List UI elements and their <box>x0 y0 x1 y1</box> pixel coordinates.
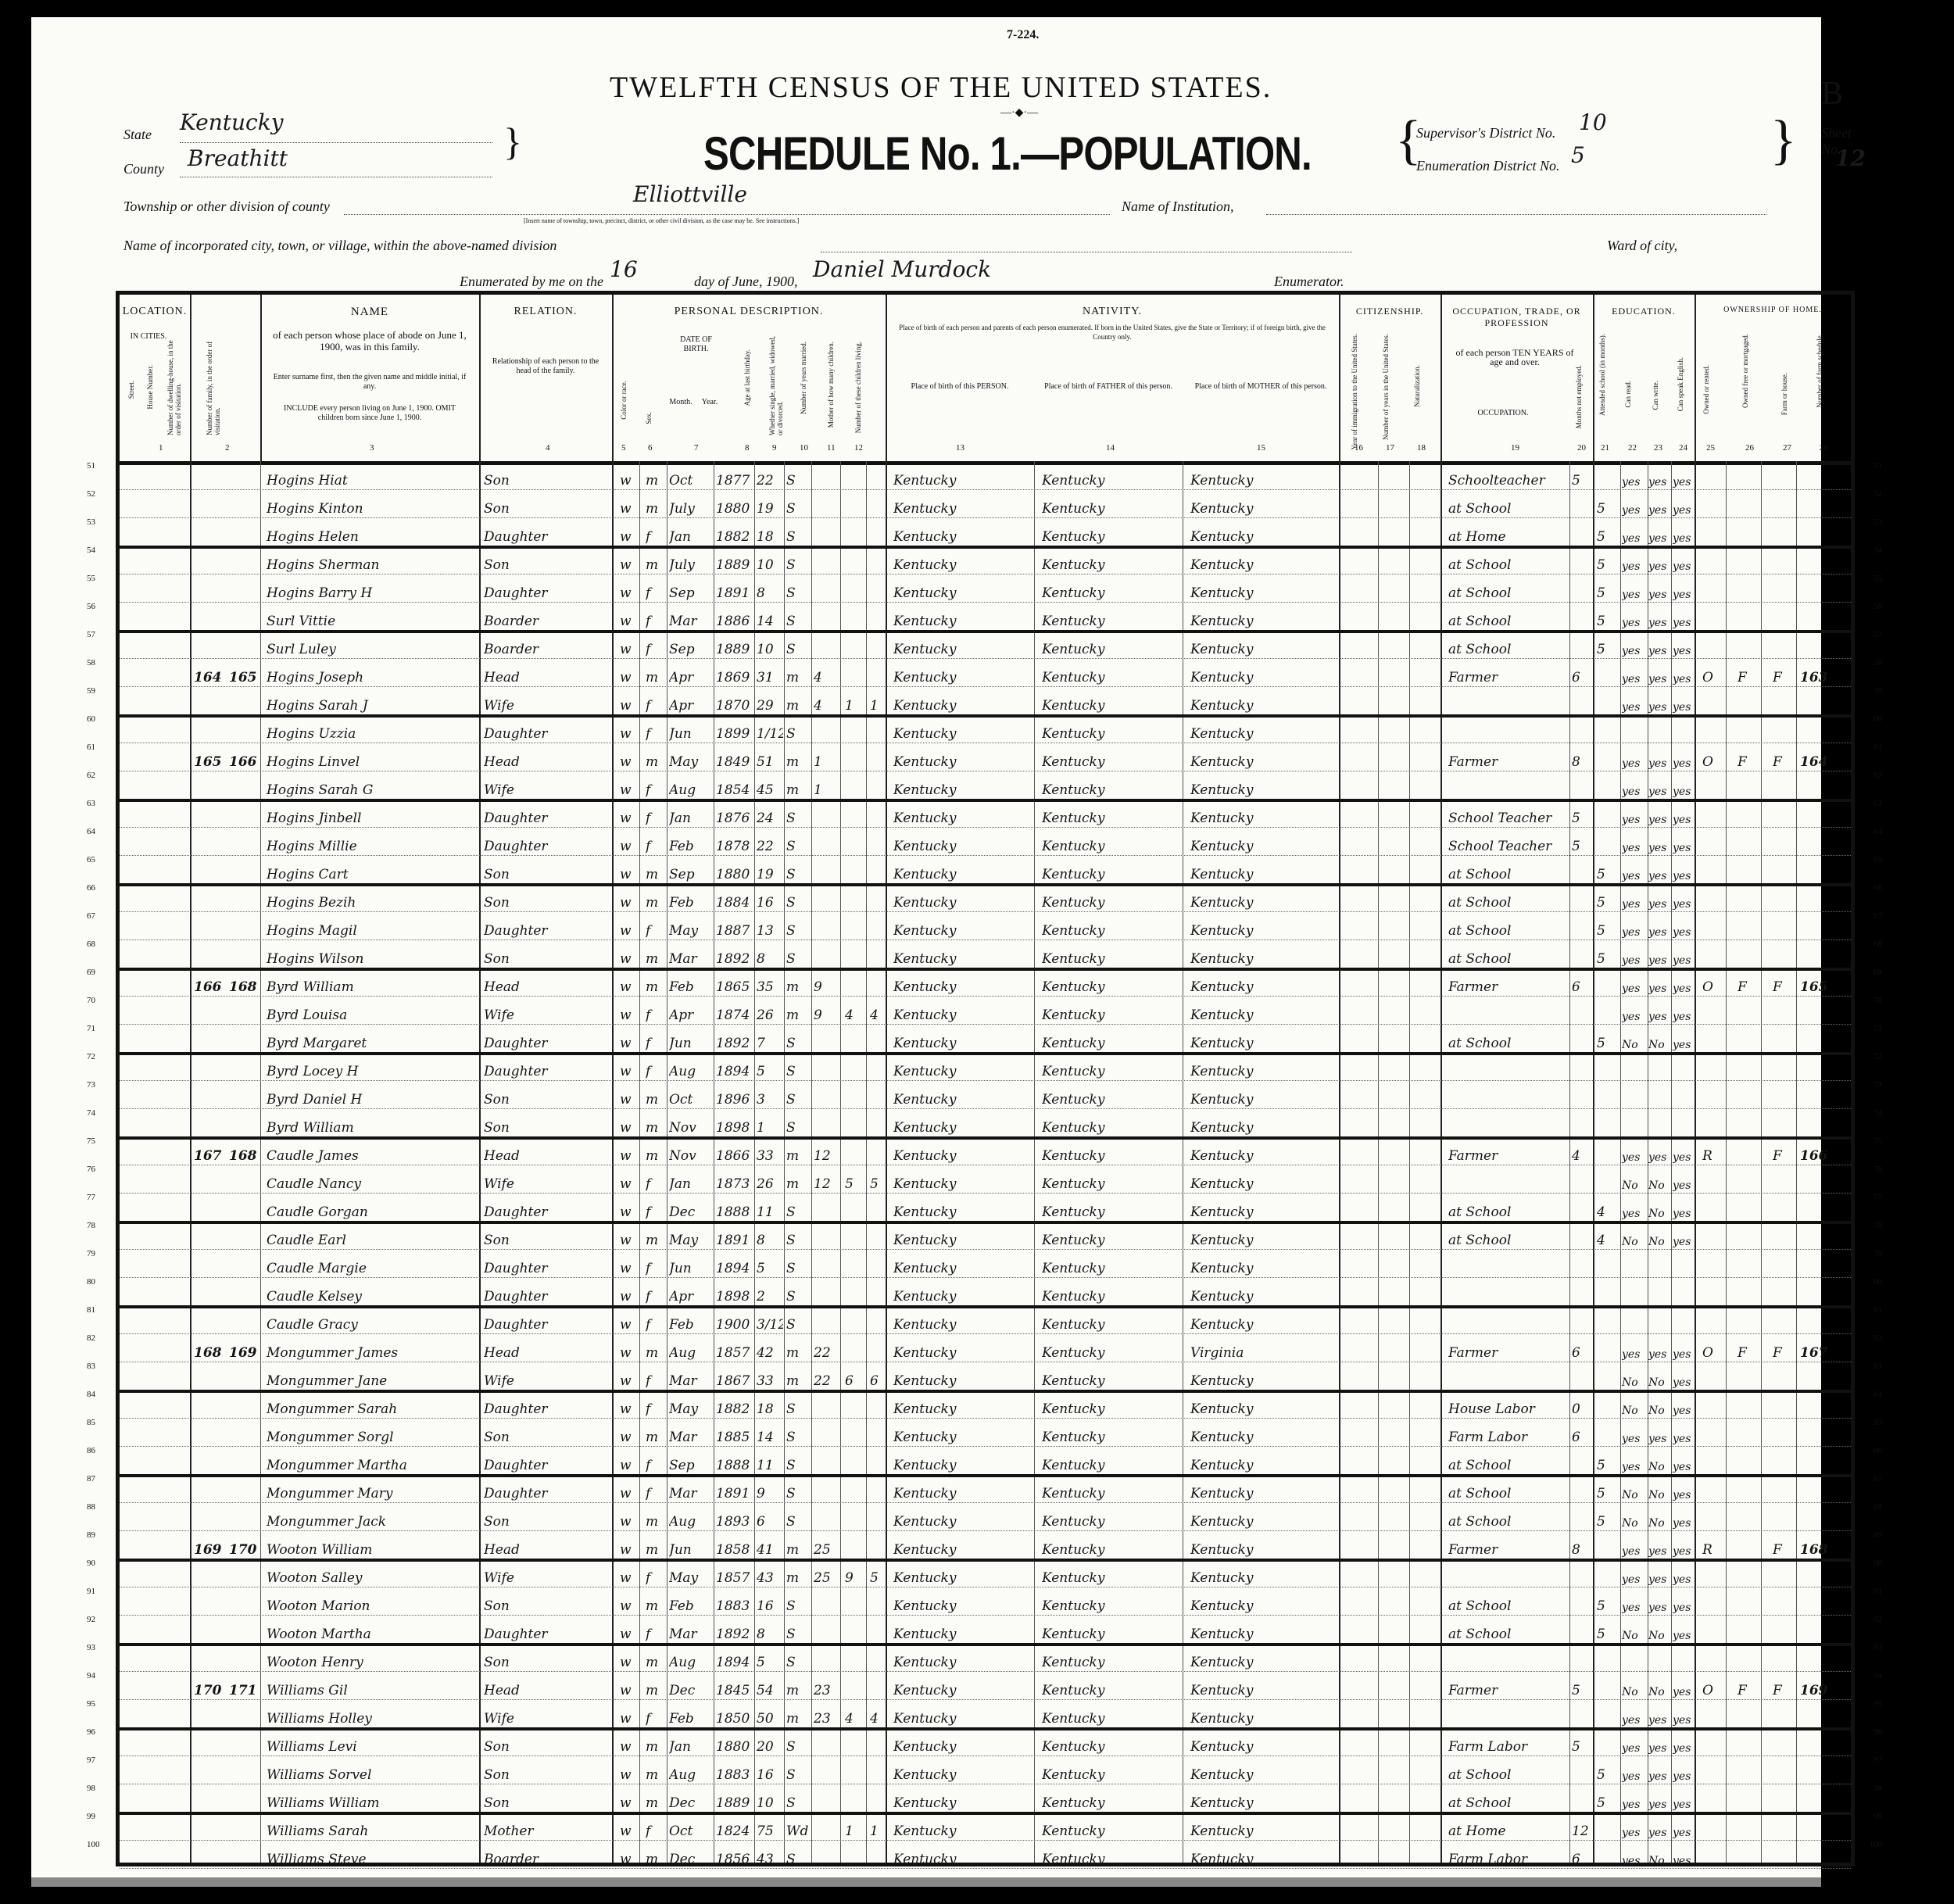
sex: f <box>646 1204 666 1220</box>
birthplace-person: Kentucky <box>893 867 1030 882</box>
line-number-right: 79 <box>1873 1249 1882 1258</box>
table-row: 96 Williams Levi Son w m Jan 1880 20 S K… <box>120 1727 1851 1756</box>
birthplace-mother: Kentucky <box>1190 1542 1335 1558</box>
birthplace-person: Kentucky <box>893 1148 1030 1164</box>
sex: m <box>646 1598 666 1614</box>
marital-status: S <box>786 1430 810 1445</box>
birthplace-father: Kentucky <box>1042 1345 1179 1361</box>
can-write: No <box>1648 1630 1670 1642</box>
relation: Daughter <box>484 726 609 742</box>
speaks-english: yes <box>1673 1602 1695 1614</box>
col-number: 3 <box>370 443 374 453</box>
col-number: 26 <box>1745 443 1754 453</box>
color: w <box>620 1570 639 1586</box>
sex: m <box>646 1542 666 1558</box>
birthplace-mother: Kentucky <box>1190 1373 1335 1389</box>
age: 29 <box>757 698 783 714</box>
age: 2 <box>757 1289 783 1305</box>
table-row: 100 Williams Steve Boarder w m Dec 1856 … <box>120 1840 1851 1869</box>
occupation: at School <box>1448 557 1566 573</box>
naturalization-heading: Naturalization. <box>1413 365 1421 407</box>
birth-month: Sep <box>669 867 713 882</box>
marital-status: S <box>786 811 810 826</box>
birth-year: 1898 <box>716 1289 753 1305</box>
line-number-right: 67 <box>1873 911 1882 921</box>
relation: Son <box>484 557 609 573</box>
line-number-right: 60 <box>1873 714 1882 724</box>
color: w <box>620 1486 639 1501</box>
birthplace-person: Kentucky <box>893 585 1030 601</box>
table-row: 85 Mongummer Sorgl Son w m Mar 1885 14 S… <box>120 1418 1851 1447</box>
color: w <box>620 811 639 826</box>
age: 7 <box>757 1036 783 1051</box>
age: 42 <box>757 1345 783 1361</box>
line-number-right: 70 <box>1873 996 1882 1005</box>
age: 5 <box>757 1261 783 1276</box>
birthplace-father: Kentucky <box>1042 1401 1179 1417</box>
line-number-right: 56 <box>1873 602 1882 611</box>
birthplace-person: Kentucky <box>893 1711 1030 1727</box>
line-number: 83 <box>87 1362 95 1371</box>
marital-status: S <box>786 1852 810 1867</box>
birthplace-person: Kentucky <box>893 895 1030 911</box>
relation: Daughter <box>484 811 609 826</box>
years-married: 4 <box>814 670 839 685</box>
birthplace-father: Kentucky <box>1042 1739 1179 1755</box>
can-read: yes <box>1622 898 1647 911</box>
birth-year: 1856 <box>716 1852 753 1867</box>
table-row: 71 Byrd Margaret Daughter w f Jun 1892 7… <box>120 1024 1851 1055</box>
birthplace-father: Kentucky <box>1042 1598 1179 1614</box>
birthplace-person: Kentucky <box>893 670 1030 685</box>
relation: Wife <box>484 1711 609 1727</box>
line-number: 70 <box>87 996 95 1005</box>
can-read: yes <box>1622 870 1647 882</box>
birth-year: 1877 <box>716 473 753 489</box>
col-number: 24 <box>1679 443 1687 453</box>
birth-year: 1891 <box>716 1486 753 1501</box>
farm-schedule-number: 169 <box>1800 1683 1847 1698</box>
owned-rented-heading: Owned or rented. <box>1702 365 1710 414</box>
farm-house-heading: Farm or house. <box>1780 373 1788 415</box>
line-number: 57 <box>87 630 95 639</box>
birthplace-mother: Kentucky <box>1190 1064 1335 1079</box>
institution-line <box>1266 214 1766 215</box>
col-number: 23 <box>1654 443 1662 453</box>
can-read: yes <box>1622 1545 1647 1558</box>
color: w <box>620 1655 639 1670</box>
marital-status: m <box>786 670 810 685</box>
relation: Daughter <box>484 1317 609 1333</box>
enumerated-month-label: day of June, 1900, <box>694 274 797 290</box>
family-number: 168 <box>229 1148 260 1164</box>
enumerated-label: Enumerated by me on the <box>460 274 603 290</box>
line-number: 100 <box>87 1840 100 1849</box>
birth-year: 1870 <box>716 698 753 714</box>
line-number: 94 <box>87 1671 95 1680</box>
nativity-heading: NATIVITY. <box>886 306 1339 318</box>
birthplace-mother: Kentucky <box>1190 501 1335 517</box>
birth-year: 1866 <box>716 1148 753 1164</box>
sex: f <box>646 1373 666 1389</box>
schedule-title: SCHEDULE No. 1.—POPULATION. <box>703 127 1312 181</box>
color: w <box>620 782 639 798</box>
mother-of: 9 <box>845 1570 864 1586</box>
age: 13 <box>757 923 783 939</box>
line-number-right: 53 <box>1873 517 1882 527</box>
person-name: Caudle Gorgan <box>267 1204 478 1220</box>
ward-label: Ward of city, <box>1607 238 1677 254</box>
birth-month: Aug <box>669 1345 713 1361</box>
can-write: yes <box>1648 560 1670 573</box>
supervisor-label: Supervisor's District No. <box>1416 125 1555 141</box>
birthplace-person: Kentucky <box>893 1430 1030 1445</box>
birthplace-father: Kentucky <box>1042 614 1179 629</box>
person-name: Byrd Louisa <box>267 1007 478 1023</box>
color: w <box>620 1795 639 1811</box>
birthplace-father: Kentucky <box>1042 754 1179 770</box>
birth-year: 1874 <box>716 1007 753 1023</box>
can-write: yes <box>1648 757 1670 770</box>
birthplace-father: Kentucky <box>1042 1261 1179 1276</box>
months-unemployed: 5 <box>1572 1739 1592 1755</box>
relation-description: Relationship of each person to the head … <box>487 357 604 376</box>
age: 43 <box>757 1570 783 1586</box>
can-write: No <box>1648 1208 1670 1220</box>
speaks-english: yes <box>1673 1011 1695 1023</box>
relation: Son <box>484 1092 609 1108</box>
age: 6 <box>757 1514 783 1530</box>
birthplace-mother: Kentucky <box>1190 1823 1335 1839</box>
birth-month: Dec <box>669 1852 713 1867</box>
sex: f <box>646 1176 666 1192</box>
line-number: 88 <box>87 1502 95 1512</box>
relation: Daughter <box>484 1204 609 1220</box>
speaks-english: yes <box>1673 1236 1695 1248</box>
school-months: 5 <box>1597 529 1619 545</box>
years-married: 12 <box>814 1148 839 1164</box>
color: w <box>620 1092 639 1108</box>
line-number: 66 <box>87 883 95 893</box>
speaks-english: yes <box>1673 1517 1695 1530</box>
table-row: 80 Caudle Kelsey Daughter w f Apr 1898 2… <box>120 1277 1851 1308</box>
table-row: 56 Surl Vittie Boarder w f Mar 1886 14 S… <box>120 602 1851 633</box>
relation: Daughter <box>484 1401 609 1417</box>
can-read: No <box>1622 1236 1647 1248</box>
occupation: at School <box>1448 951 1566 967</box>
table-row: 98 Williams William Son w m Dec 1889 10 … <box>120 1784 1851 1815</box>
children-living: 5 <box>870 1176 886 1192</box>
line-number-right: 94 <box>1873 1671 1882 1680</box>
birthplace-person: Kentucky <box>893 642 1030 657</box>
can-read: yes <box>1622 842 1647 854</box>
occupation: Farmer <box>1448 1345 1566 1361</box>
can-write: No <box>1648 1039 1670 1051</box>
speaks-english: yes <box>1673 814 1695 826</box>
line-number-right: 52 <box>1873 489 1882 499</box>
birth-month: Oct <box>669 473 713 489</box>
birth-month: Feb <box>669 895 713 911</box>
free-mortgaged: F <box>1737 754 1759 770</box>
relation: Son <box>484 1430 609 1445</box>
relation: Head <box>484 1683 609 1698</box>
marital-status: S <box>786 923 810 939</box>
birth-year: 1857 <box>716 1570 753 1586</box>
sex: f <box>646 1401 666 1417</box>
birthplace-mother: Kentucky <box>1190 1711 1335 1727</box>
age: 33 <box>757 1148 783 1164</box>
table-row: 73 Byrd Daniel H Son w m Oct 1896 3 S Ke… <box>120 1080 1851 1109</box>
relation: Boarder <box>484 642 609 657</box>
line-number: 56 <box>87 602 95 611</box>
divider <box>1695 295 1696 461</box>
family-number: 171 <box>229 1683 260 1698</box>
sex: f <box>646 1289 666 1305</box>
col-number: 28 <box>1820 443 1828 453</box>
divider <box>1339 295 1340 461</box>
speaks-english: yes <box>1673 1376 1695 1389</box>
line-number: 99 <box>87 1812 95 1821</box>
birthplace-mother: Kentucky <box>1190 867 1335 882</box>
occupation: at School <box>1448 1598 1566 1614</box>
birth-year: 1898 <box>716 1120 753 1136</box>
col-number: 14 <box>1106 443 1115 453</box>
speaks-english: yes <box>1673 870 1695 882</box>
can-read: No <box>1622 1630 1647 1642</box>
marital-status: m <box>786 1373 810 1389</box>
person-name: Byrd Daniel H <box>267 1092 478 1108</box>
relation: Daughter <box>484 1036 609 1051</box>
birth-month: Sep <box>669 1458 713 1473</box>
can-write: yes <box>1648 1573 1670 1586</box>
sex: m <box>646 1655 666 1670</box>
birth-month: Feb <box>669 979 713 995</box>
birth-year: 1854 <box>716 782 753 798</box>
table-row: 78 Caudle Earl Son w m May 1891 8 S Kent… <box>120 1221 1851 1250</box>
age: 16 <box>757 1767 783 1783</box>
can-write: No <box>1648 1179 1670 1192</box>
birthplace-father: Kentucky <box>1042 1120 1179 1136</box>
col-number: 5 <box>621 443 626 453</box>
owned-rented: O <box>1702 1345 1724 1361</box>
speaks-english: yes <box>1673 1855 1695 1867</box>
speaks-english: yes <box>1673 589 1695 601</box>
free-mortgaged: F <box>1737 979 1759 995</box>
dwelling-number: 165 <box>194 754 225 770</box>
col-number: 20 <box>1577 443 1586 453</box>
age: 20 <box>757 1739 783 1755</box>
birth-month: Feb <box>669 839 713 854</box>
can-read: yes <box>1622 814 1647 826</box>
table-row: 81 Caudle Gracy Daughter w f Feb 1900 3/… <box>120 1305 1851 1334</box>
color: w <box>620 1261 639 1276</box>
sex: m <box>646 1767 666 1783</box>
birth-year: 1894 <box>716 1261 753 1276</box>
birthplace-mother: Kentucky <box>1190 1486 1335 1501</box>
person-name: Hogins Linvel <box>267 754 478 770</box>
marital-status: S <box>786 1204 810 1220</box>
age: 26 <box>757 1007 783 1023</box>
months-unemployed: 5 <box>1572 811 1592 826</box>
birth-year: 1891 <box>716 1233 753 1248</box>
person-name: Hogins Joseph <box>267 670 478 685</box>
sex: f <box>646 698 666 714</box>
table-row: 99 Williams Sarah Mother w f Oct 1824 75… <box>120 1812 1851 1841</box>
ownership-heading: OWNERSHIP OF HOME. <box>1695 306 1851 314</box>
color: w <box>620 726 639 742</box>
birth-year: 1886 <box>716 614 753 629</box>
citizenship-heading: CITIZENSHIP. <box>1339 306 1440 317</box>
dwelling-number: 168 <box>194 1345 225 1361</box>
birth-month: Jun <box>669 1542 713 1558</box>
line-number: 96 <box>87 1727 95 1737</box>
birth-year: 1894 <box>716 1064 753 1079</box>
marital-status: S <box>786 1767 810 1783</box>
relation: Daughter <box>484 1627 609 1642</box>
can-read: No <box>1622 1376 1647 1389</box>
birth-month: Mar <box>669 1373 713 1389</box>
can-read: No <box>1622 1405 1647 1417</box>
table-row: 52 Hogins Kinton Son w m July 1880 19 S … <box>120 489 1851 518</box>
birth-year: 1873 <box>716 1176 753 1192</box>
table-row: 94 170 171 Williams Gil Head w m Dec 184… <box>120 1671 1851 1700</box>
children-living-heading: Number of these children living. <box>854 342 862 433</box>
age: 26 <box>757 1176 783 1192</box>
color: w <box>620 895 639 911</box>
enumerator-name: Daniel Murdock <box>813 256 991 282</box>
school-months: 5 <box>1597 895 1619 911</box>
birthplace-person: Kentucky <box>893 726 1030 742</box>
can-write: yes <box>1648 1770 1670 1783</box>
years-married: 25 <box>814 1570 839 1586</box>
speaks-english: yes <box>1673 1742 1695 1755</box>
relation: Wife <box>484 698 609 714</box>
person-name: Mongummer Jane <box>267 1373 478 1389</box>
sex: m <box>646 754 666 770</box>
color: w <box>620 1542 639 1558</box>
speaks-english: yes <box>1673 786 1695 798</box>
birthplace-father: Kentucky <box>1042 501 1179 517</box>
age-heading: Age at last birthday. <box>743 349 751 406</box>
age: 8 <box>757 585 783 601</box>
can-write: yes <box>1648 1348 1670 1361</box>
birthplace-father: Kentucky <box>1042 895 1179 911</box>
sex: m <box>646 1795 666 1811</box>
sex: f <box>646 1711 666 1727</box>
birthplace-mother: Virginia <box>1190 1345 1335 1361</box>
line-number-right: 55 <box>1873 574 1882 583</box>
person-name: Surl Vittie <box>267 614 478 629</box>
years-married: 1 <box>814 754 839 770</box>
marital-status: m <box>786 1176 810 1192</box>
can-read: yes <box>1622 1433 1647 1445</box>
birth-year: 1845 <box>716 1683 753 1698</box>
birth-month: Sep <box>669 642 713 657</box>
sex: m <box>646 1852 666 1867</box>
line-number-right: 99 <box>1873 1812 1882 1821</box>
color: w <box>620 698 639 714</box>
birthplace-mother: Kentucky <box>1190 754 1335 770</box>
birth-month: Feb <box>669 1711 713 1727</box>
age: 22 <box>757 839 783 854</box>
table-row: 91 Wooton Marion Son w m Feb 1883 16 S K… <box>120 1587 1851 1616</box>
birthplace-mother: Kentucky <box>1190 979 1335 995</box>
birthplace-father: Kentucky <box>1042 1036 1179 1051</box>
can-write: No <box>1648 1517 1670 1530</box>
color: w <box>620 473 639 489</box>
color: w <box>620 1289 639 1305</box>
birth-month: Nov <box>669 1120 713 1136</box>
occupation: at School <box>1448 614 1566 629</box>
occupation: House Labor <box>1448 1401 1566 1417</box>
speaks-english: yes <box>1673 926 1695 939</box>
occupation: at School <box>1448 1233 1566 1248</box>
table-row: 88 Mongummer Jack Son w m Aug 1893 6 S K… <box>120 1502 1851 1531</box>
col-number: 10 <box>800 443 808 453</box>
can-read: yes <box>1622 1461 1647 1473</box>
occupation: at School <box>1448 1458 1566 1473</box>
birth-year: 1876 <box>716 811 753 826</box>
line-number-right: 73 <box>1873 1080 1882 1090</box>
speaks-english: yes <box>1673 1461 1695 1473</box>
free-mortgaged: F <box>1737 670 1759 685</box>
line-number: 65 <box>87 855 95 864</box>
birth-month: Aug <box>669 1767 713 1783</box>
can-read: yes <box>1622 673 1647 685</box>
birthplace-person: Kentucky <box>893 1627 1030 1642</box>
school-months: 5 <box>1597 1767 1619 1783</box>
col-number: 25 <box>1706 443 1715 453</box>
county-label: County <box>123 161 164 177</box>
table-row: 97 Williams Sorvel Son w m Aug 1883 16 S… <box>120 1755 1851 1784</box>
marital-status: S <box>786 1514 810 1530</box>
relation: Daughter <box>484 585 609 601</box>
relation: Mother <box>484 1823 609 1839</box>
birth-month: July <box>669 501 713 517</box>
color: w <box>620 557 639 573</box>
sex: m <box>646 1092 666 1108</box>
birthplace-person: Kentucky <box>893 1007 1030 1023</box>
speaks-english: yes <box>1673 1573 1695 1586</box>
relation: Son <box>484 1767 609 1783</box>
birth-month: Apr <box>669 698 713 714</box>
owned-rented: O <box>1702 1683 1724 1698</box>
occupation: Farm Labor <box>1448 1852 1566 1867</box>
color: w <box>620 951 639 967</box>
table-row: 70 Byrd Louisa Wife w f Apr 1874 26 m 9 … <box>120 996 1851 1025</box>
line-number: 74 <box>87 1108 95 1118</box>
sex: f <box>646 1007 666 1023</box>
farm-or-house: F <box>1773 1345 1795 1361</box>
sex: f <box>646 1036 666 1051</box>
months-unemployed: 6 <box>1572 1345 1592 1361</box>
education-heading: EDUCATION. <box>1593 306 1695 317</box>
age: 43 <box>757 1852 783 1867</box>
birthplace-person: Kentucky <box>893 1823 1030 1839</box>
relation: Daughter <box>484 923 609 939</box>
relation: Daughter <box>484 1486 609 1501</box>
birthplace-mother: Kentucky <box>1190 1148 1335 1164</box>
birthplace-person: Kentucky <box>893 1064 1030 1079</box>
divider <box>886 295 887 461</box>
line-number-right: 64 <box>1873 827 1882 836</box>
person-name: Mongummer Sarah <box>267 1401 478 1417</box>
person-name: Mongummer Martha <box>267 1458 478 1473</box>
col-number: 6 <box>648 443 653 453</box>
can-read: yes <box>1622 1208 1647 1220</box>
months-unemployed: 5 <box>1572 473 1592 489</box>
years-married: 25 <box>814 1542 839 1558</box>
